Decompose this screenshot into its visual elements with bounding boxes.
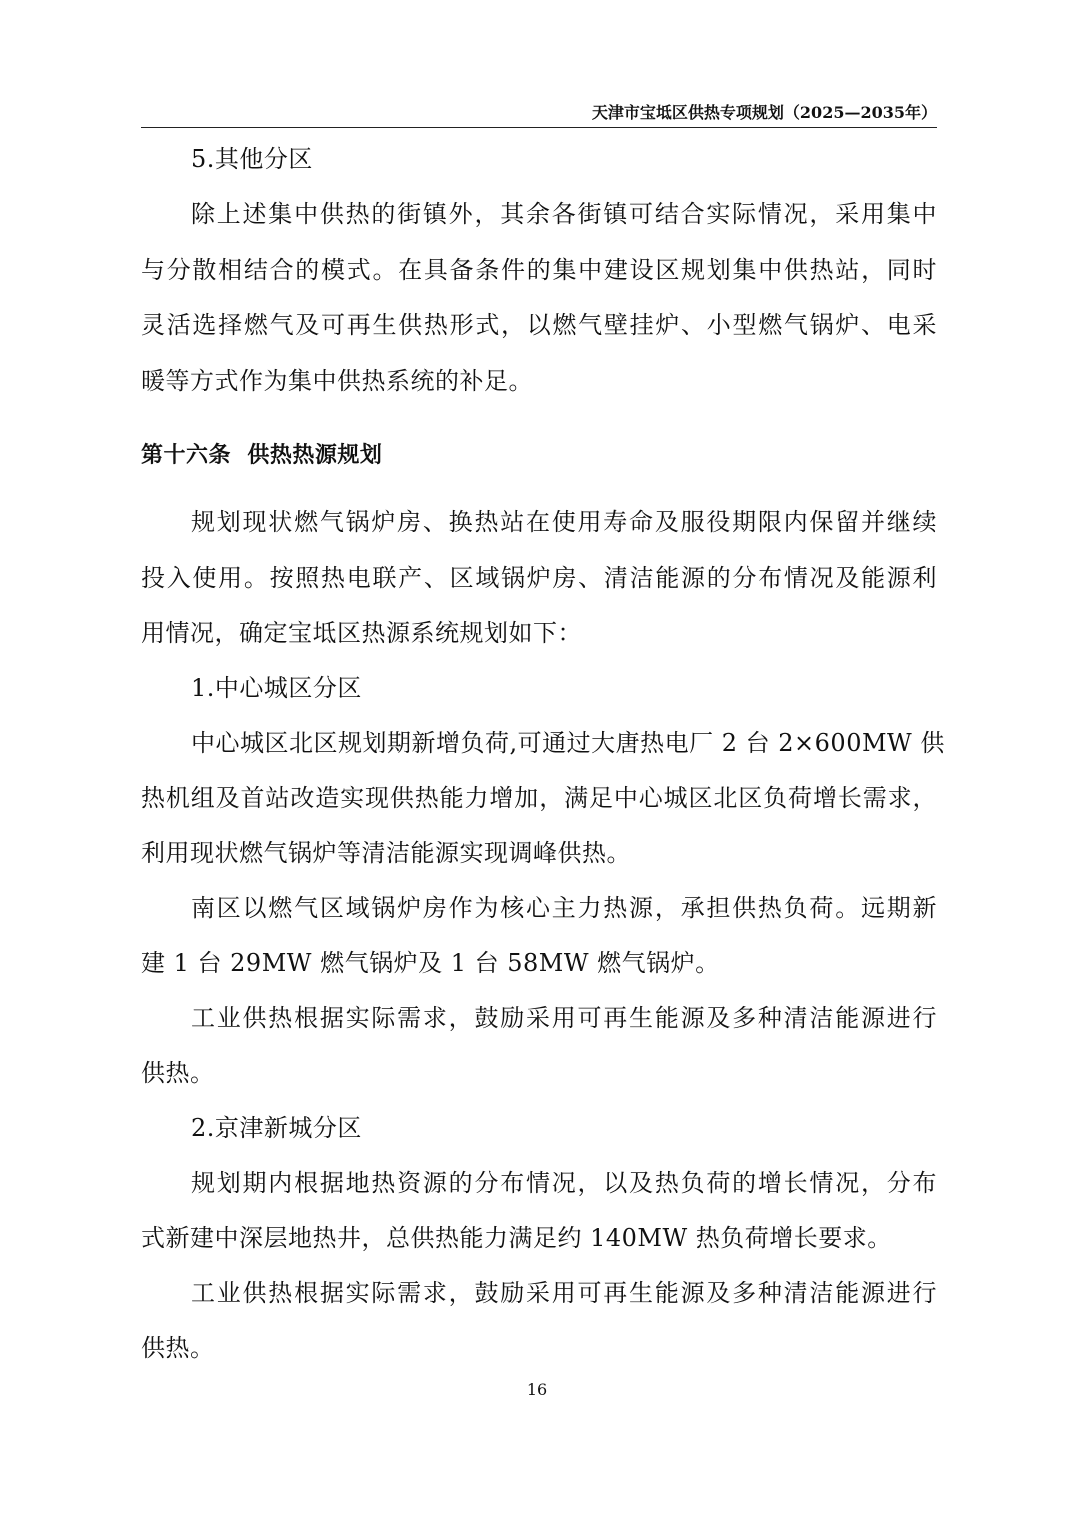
paragraph-line: 工业供热根据实际需求，鼓励采用可再生能源及多种清洁能源进行 — [191, 1003, 937, 1033]
paragraph-line: 利用现状燃气锅炉等清洁能源实现调峰供热。 — [141, 838, 937, 868]
subheading-other-zones: 5.其他分区 — [191, 144, 937, 174]
running-header: 天津市宝坻区供热专项规划（2025—2035年） — [141, 100, 937, 126]
paragraph-line: 工业供热根据实际需求，鼓励采用可再生能源及多种清洁能源进行 — [191, 1278, 937, 1308]
page-number: 16 — [0, 1380, 1074, 1399]
paragraph-line: 投入使用。按照热电联产、区域锅炉房、清洁能源的分布情况及能源利 — [141, 563, 937, 593]
paragraph-line: 南区以燃气区域锅炉房作为核心主力热源，承担供热负荷。远期新 — [191, 893, 937, 923]
paragraph-line: 用情况，确定宝坻区热源系统规划如下： — [141, 618, 937, 648]
article-heading: 第十六条 供热热源规划 — [141, 441, 937, 471]
paragraph-line: 建 1 台 29MW 燃气锅炉及 1 台 58MW 燃气锅炉。 — [141, 948, 937, 978]
subheading-jingjin-new-town: 2.京津新城分区 — [191, 1113, 937, 1143]
paragraph-line: 热机组及首站改造实现供热能力增加，满足中心城区北区负荷增长需求， — [141, 783, 937, 813]
paragraph-line: 暖等方式作为集中供热系统的补足。 — [141, 366, 937, 396]
paragraph-line: 供热。 — [141, 1333, 937, 1363]
paragraph-line: 供热。 — [141, 1058, 937, 1088]
paragraph-line: 除上述集中供热的街镇外，其余各街镇可结合实际情况，采用集中 — [191, 199, 937, 229]
paragraph-line: 规划现状燃气锅炉房、换热站在使用寿命及服役期限内保留并继续 — [191, 507, 937, 537]
paragraph-line: 式新建中深层地热井，总供热能力满足约 140MW 热负荷增长要求。 — [141, 1223, 937, 1253]
header-rule — [141, 127, 937, 128]
paragraph-line: 中心城区北区规划期新增负荷,可通过大唐热电厂 2 台 2×600MW 供 — [191, 728, 937, 758]
paragraph-line: 灵活选择燃气及可再生供热形式，以燃气壁挂炉、小型燃气锅炉、电采 — [141, 310, 937, 340]
paragraph-line: 与分散相结合的模式。在具备条件的集中建设区规划集中供热站，同时 — [141, 255, 937, 285]
paragraph-line: 规划期内根据地热资源的分布情况，以及热负荷的增长情况，分布 — [191, 1168, 937, 1198]
subheading-central-district: 1.中心城区分区 — [191, 673, 937, 703]
